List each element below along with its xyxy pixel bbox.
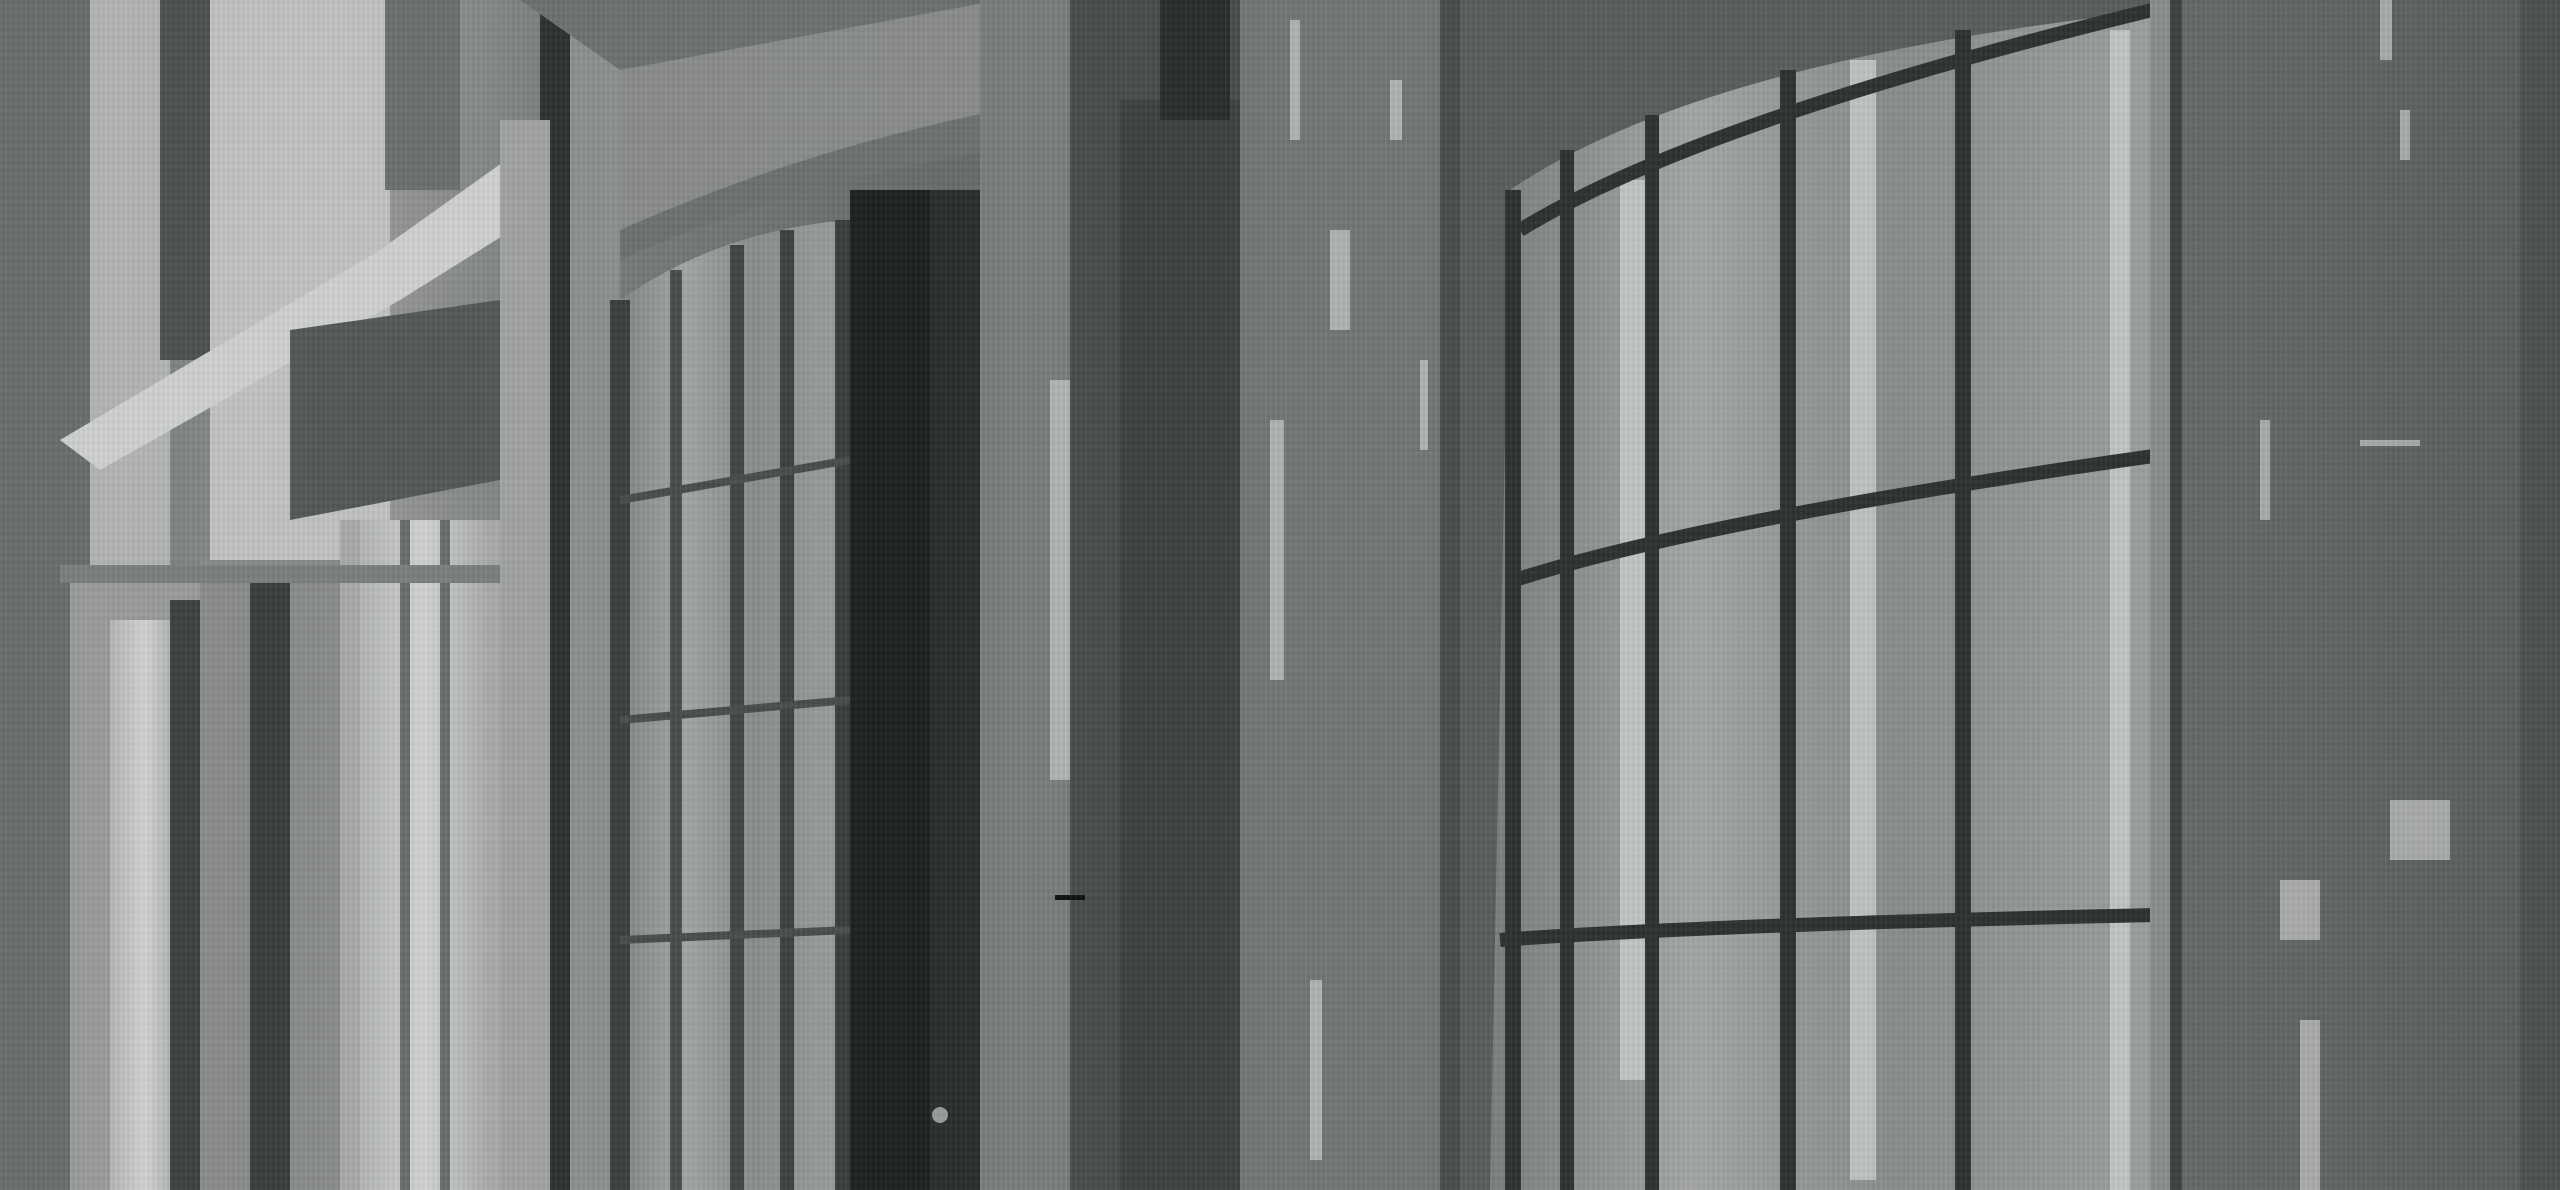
right-wall-panel [2182, 0, 2560, 1190]
facade-scene [0, 0, 2560, 1190]
left-building-facade [0, 0, 570, 1190]
peeling-wall [980, 0, 1470, 1190]
dark-doorway [850, 190, 980, 1190]
large-sash-window [1460, 0, 2182, 1190]
photograph [0, 0, 2560, 1190]
